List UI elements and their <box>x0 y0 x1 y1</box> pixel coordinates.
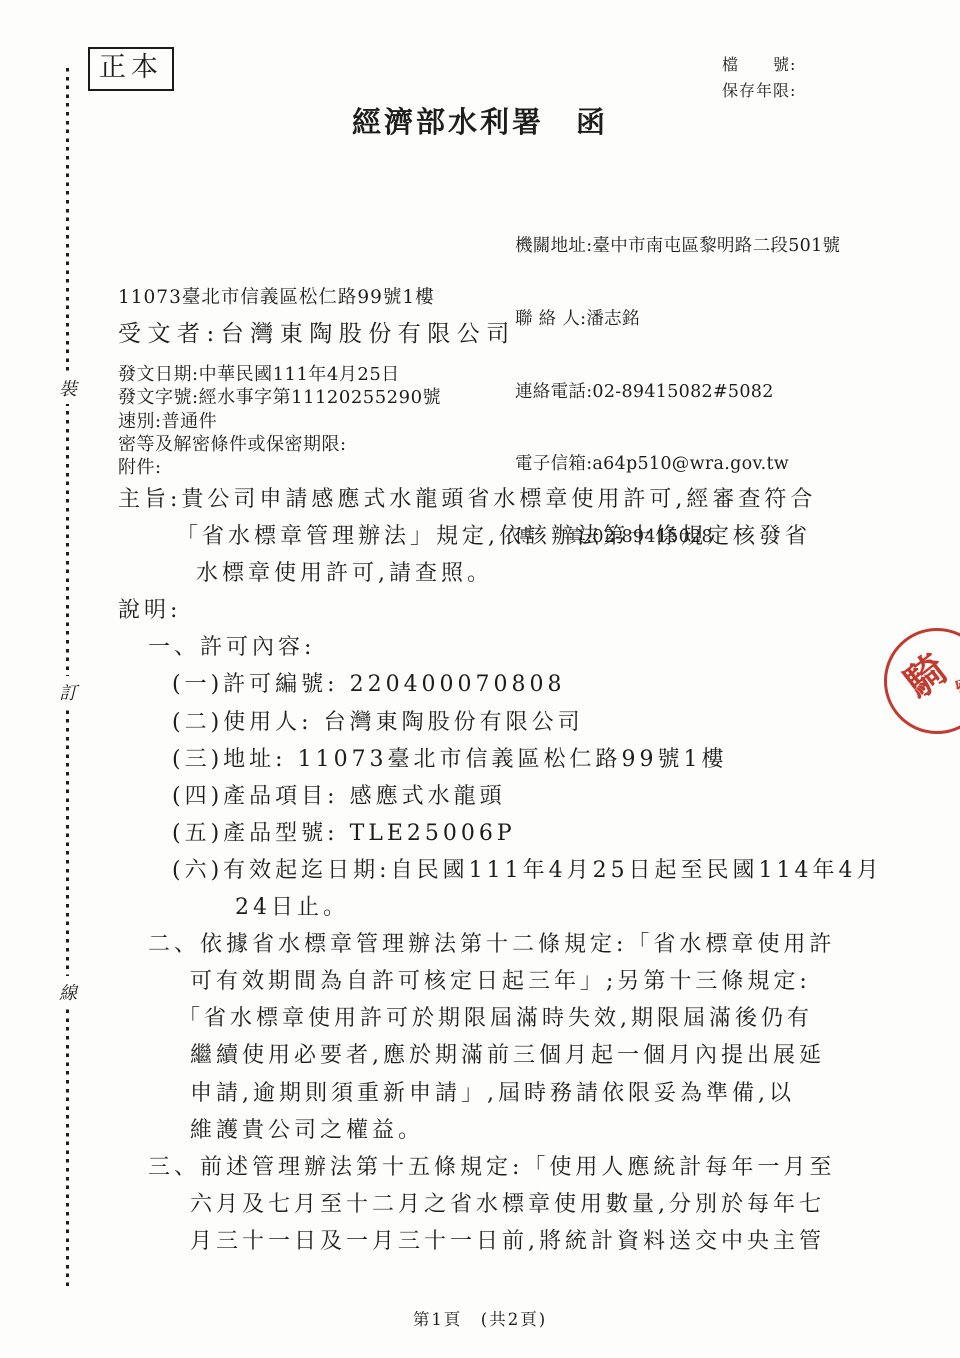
issue-number-line: 發文字號:經水事字第11120255290號 <box>118 386 441 409</box>
permit-user-line: (二)使用人: 台灣東陶股份有限公司 <box>0 704 960 741</box>
stamp-character: 騎 <box>891 639 958 709</box>
official-letter-page: 裝 訂 線 正本 檔 號: 保存年限: 經濟部水利署 函 機關地址:臺中市南屯區… <box>0 0 960 1358</box>
permit-number-line: (一)許可編號: 220400070808 <box>0 666 960 703</box>
item-2-paragraph: 繼續使用必要者,應於期滿前三個月起一個月內提出展延 <box>0 1037 960 1074</box>
issue-date-line: 發文日期:中華民國111年4月25日 <box>118 363 441 386</box>
item-2-paragraph: 可有效期間為自許可核定日起三年」;另第十三條規定: <box>0 963 960 1000</box>
attachment-line: 附件: <box>118 456 441 479</box>
document-body: 主旨:貴公司申請感應式水龍頭省水標章使用許可,經審查符合 「省水標章管理辦法」規… <box>0 481 960 1260</box>
item-3-paragraph: 三、前述管理辦法第十五條規定:「使用人應統計每年一月至 <box>0 1149 960 1186</box>
item-2-paragraph: 「省水標章使用許可於期限屆滿時失效,期限屆滿後仍有 <box>0 1000 960 1037</box>
item-3-paragraph: 六月及七月至十二月之省水標章使用數量,分別於每年七 <box>0 1186 960 1223</box>
priority-line: 速別:普通件 <box>118 410 441 433</box>
subject-line: 主旨:貴公司申請感應式水龍頭省水標章使用許可,經審查符合 <box>0 481 960 518</box>
copy-type-box: 正本 <box>88 47 174 91</box>
page-number: 第1頁 (共2頁) <box>0 1306 960 1330</box>
subject-line: 水標章使用許可,請查照。 <box>0 555 960 592</box>
binding-mark-zhuang: 裝 <box>54 372 82 404</box>
explanation-label: 說明: <box>0 592 960 629</box>
subject-line: 「省水標章管理辦法」規定,依該辦法第十條規定核發省 <box>0 518 960 555</box>
file-number-label: 檔 號: <box>722 52 796 78</box>
agency-address-line: 機關地址:臺中市南屯區黎明路二段501號 <box>515 234 840 258</box>
contact-phone-line: 連絡電話:02-89415082#5082 <box>515 380 840 404</box>
security-line: 密等及解密條件或保密期限: <box>118 433 441 456</box>
item-1-heading: 一、許可內容: <box>0 629 960 666</box>
item-2-paragraph: 二、依據省水標章管理辦法第十二條規定:「省水標章使用許 <box>0 926 960 963</box>
recipient-address: 11073臺北市信義區松仁路99號1樓 <box>118 283 435 309</box>
item-2-paragraph: 申請,逾期則須重新申請」,屆時務請依限妥為準備,以 <box>0 1075 960 1112</box>
recipient-line: 受文者:台灣東陶股份有限公司 <box>118 315 516 348</box>
product-item-line: (四)產品項目: 感應式水龍頭 <box>0 778 960 815</box>
item-2-paragraph: 維護貴公司之權益。 <box>0 1112 960 1149</box>
product-model-line: (五)產品型號: TLE25006P <box>0 815 960 852</box>
item-3-paragraph: 月三十一日及一月三十一日前,將統計資料送交中央主管 <box>0 1223 960 1260</box>
copy-type-label: 正本 <box>99 52 163 83</box>
permit-address-line: (三)地址: 11073臺北市信義區松仁路99號1樓 <box>0 741 960 778</box>
validity-period-line: (六)有效起迄日期:自民國111年4月25日起至民國114年4月 <box>0 852 960 889</box>
file-labels-block: 檔 號: 保存年限: <box>722 52 796 104</box>
contact-person-line: 聯 絡 人:潘志銘 <box>515 307 840 331</box>
document-meta-block: 發文日期:中華民國111年4月25日 發文字號:經水事字第11120255290… <box>118 363 441 479</box>
document-title: 經濟部水利署 函 <box>0 100 960 141</box>
contact-email-line: 電子信箱:a64p510@wra.gov.tw <box>515 452 840 476</box>
validity-period-line: 24日止。 <box>0 889 960 926</box>
